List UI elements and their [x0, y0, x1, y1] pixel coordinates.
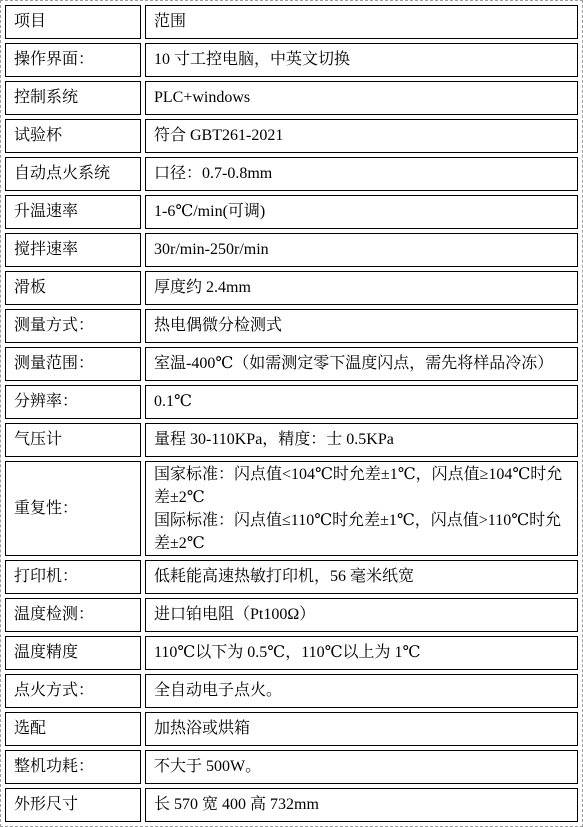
table-row: 搅拌速率 30r/min-250r/min [5, 233, 578, 267]
table-row: 自动点火系统 口径：0.7-0.8mm [5, 157, 578, 191]
spec-value-cell: 加热浴或烘箱 [145, 712, 578, 746]
spec-value-cell: 进口铂电阻（Pt100Ω） [145, 598, 578, 632]
spec-sheet: 项目 范围 操作界面： 10 寸工控电脑，中英文切换 控制系统 PLC+wind… [0, 0, 583, 827]
spec-value-cell: 10 寸工控电脑，中英文切换 [145, 43, 578, 77]
spec-label-cell: 打印机： [5, 560, 141, 594]
spec-label-cell: 测量方式： [5, 309, 141, 343]
table-row: 选配 加热浴或烘箱 [5, 712, 578, 746]
spec-value-cell: 低耗能高速热敏打印机，56 毫米纸宽 [145, 560, 578, 594]
table-row: 测量方式： 热电偶微分检测式 [5, 309, 578, 343]
table-row: 操作界面： 10 寸工控电脑，中英文切换 [5, 43, 578, 77]
spec-label-cell: 分辨率： [5, 385, 141, 419]
spec-value-cell: 室温-400℃（如需测定零下温度闪点，需先将样品冷冻） [145, 347, 578, 381]
table-row: 升温速率 1-6℃/min(可调) [5, 195, 578, 229]
table-row: 外形尺寸 长 570 宽 400 高 732mm [5, 788, 578, 822]
spec-label-cell: 温度检测： [5, 598, 141, 632]
table-row: 点火方式： 全自动电子点火。 [5, 674, 578, 708]
spec-value-cell: 1-6℃/min(可调) [145, 195, 578, 229]
table-row: 气压计 量程 30-110KPa，精度：士 0.5KPa [5, 423, 578, 457]
table-row: 整机功耗： 不大于 500W。 [5, 750, 578, 784]
spec-value-cell: PLC+windows [145, 81, 578, 115]
header-item-cell: 项目 [5, 5, 141, 39]
spec-label-cell: 测量范围： [5, 347, 141, 381]
table-row: 测量范围： 室温-400℃（如需测定零下温度闪点，需先将样品冷冻） [5, 347, 578, 381]
spec-label-cell: 温度精度 [5, 636, 141, 670]
spec-value-cell: 110℃以下为 0.5℃，110℃以上为 1℃ [145, 636, 578, 670]
spec-label-cell: 滑板 [5, 271, 141, 305]
spec-label-cell: 气压计 [5, 423, 141, 457]
spec-value-cell: 热电偶微分检测式 [145, 309, 578, 343]
spec-label-cell: 自动点火系统 [5, 157, 141, 191]
spec-value-cell: 国家标准：闪点值<104℃时允差±1℃，闪点值≥104℃时允差±2℃ 国际标准：… [145, 461, 578, 556]
spec-value-cell: 0.1℃ [145, 385, 578, 419]
spec-label-cell: 选配 [5, 712, 141, 746]
spec-label-cell: 操作界面： [5, 43, 141, 77]
spec-label-cell: 搅拌速率 [5, 233, 141, 267]
table-row: 重复性： 国家标准：闪点值<104℃时允差±1℃，闪点值≥104℃时允差±2℃ … [5, 461, 578, 556]
spec-label-cell: 试验杯 [5, 119, 141, 153]
table-row: 打印机： 低耗能高速热敏打印机，56 毫米纸宽 [5, 560, 578, 594]
spec-value-cell: 全自动电子点火。 [145, 674, 578, 708]
spec-value-cell: 不大于 500W。 [145, 750, 578, 784]
table-row: 分辨率： 0.1℃ [5, 385, 578, 419]
spec-value-cell: 30r/min-250r/min [145, 233, 578, 267]
spec-label-cell: 整机功耗： [5, 750, 141, 784]
table-row: 控制系统 PLC+windows [5, 81, 578, 115]
table-row: 温度精度 110℃以下为 0.5℃，110℃以上为 1℃ [5, 636, 578, 670]
spec-value-cell: 口径：0.7-0.8mm [145, 157, 578, 191]
spec-label-cell: 升温速率 [5, 195, 141, 229]
table-row: 温度检测： 进口铂电阻（Pt100Ω） [5, 598, 578, 632]
table-row: 滑板 厚度约 2.4mm [5, 271, 578, 305]
table-header-row: 项目 范围 [5, 5, 578, 39]
spec-value-cell: 厚度约 2.4mm [145, 271, 578, 305]
header-range-cell: 范围 [145, 5, 578, 39]
table-row: 试验杯 符合 GBT261-2021 [5, 119, 578, 153]
spec-label-cell: 重复性： [5, 461, 141, 556]
spec-value-cell: 长 570 宽 400 高 732mm [145, 788, 578, 822]
spec-value-cell: 量程 30-110KPa，精度：士 0.5KPa [145, 423, 578, 457]
spec-table: 项目 范围 操作界面： 10 寸工控电脑，中英文切换 控制系统 PLC+wind… [1, 1, 582, 826]
spec-label-cell: 点火方式： [5, 674, 141, 708]
spec-value-cell: 符合 GBT261-2021 [145, 119, 578, 153]
spec-label-cell: 外形尺寸 [5, 788, 141, 822]
spec-label-cell: 控制系统 [5, 81, 141, 115]
